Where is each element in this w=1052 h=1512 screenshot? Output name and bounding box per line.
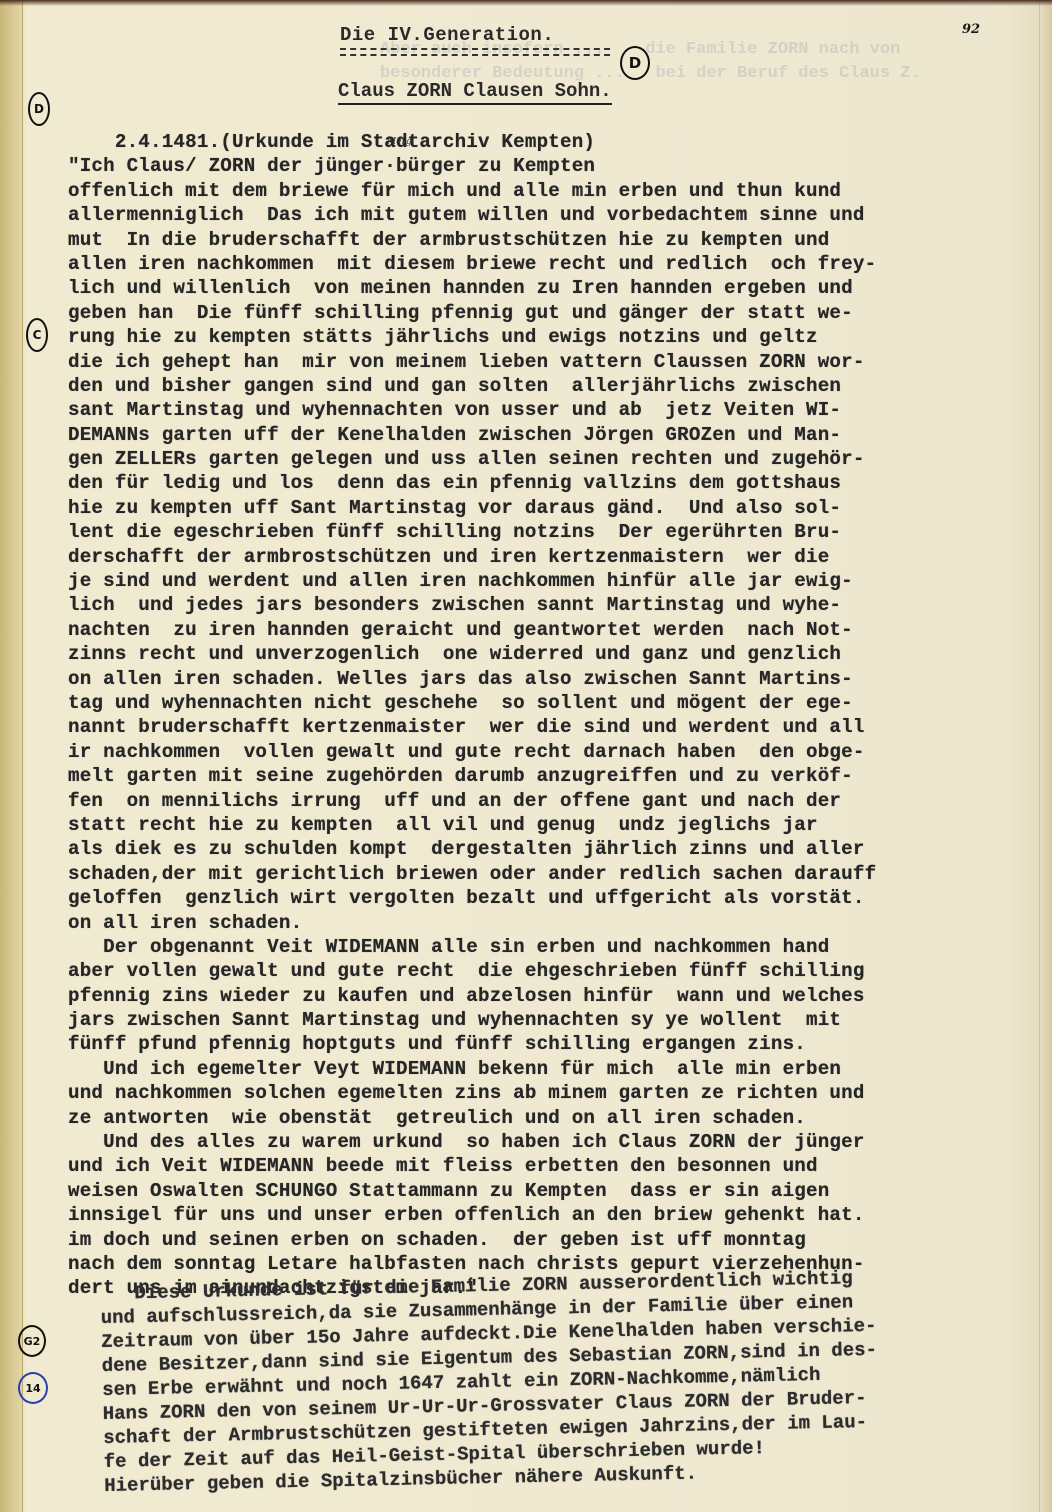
text-line: Und des alles zu warem urkund so haben i… (68, 1130, 1028, 1154)
text-line: Der obgenannt Veit WIDEMANN alle sin erb… (68, 935, 1028, 959)
text-line: 2.4.1481.(Urkunde im Stadtarchiv Kempten… (68, 130, 1028, 154)
text-line: fünff pfund pfennig hoptguts und fünff s… (68, 1032, 1028, 1056)
page-edge (1039, 0, 1052, 1512)
text-line: schaden,der mit gerichtlich briewen oder… (68, 862, 1028, 886)
binding-shadow (0, 0, 1052, 6)
text-line: rung hie zu kempten stätts jährlichs und… (68, 325, 1028, 349)
text-line: pfennig zins wieder zu kaufen und abzelo… (68, 984, 1028, 1008)
page-title: Die IV.Generation. (340, 24, 610, 56)
text-line: jars zwischen Sannt Martinstag und wyhen… (68, 1008, 1028, 1032)
text-line: im doch und seinen erben on schaden. der… (68, 1228, 1028, 1252)
text-line: on all iren schaden. (68, 911, 1028, 935)
section-subtitle: Claus ZORN Clausen Sohn. (338, 80, 612, 105)
text-line: und nachkommen solchen egemelten zins ab… (68, 1081, 1028, 1105)
text-line: offenlich mit dem briewe für mich und al… (68, 179, 1028, 203)
text-line: statt recht hie zu kempten all vil und g… (68, 813, 1028, 837)
page-number: 92 (962, 22, 980, 37)
commentary-paragraph: Diese Urkunde ist für die Familie ZORN a… (100, 1263, 1024, 1498)
text-line: on allen iren schaden. Welles jars das a… (68, 667, 1028, 691)
text-line: lich und willenlich von meinen hannden z… (68, 276, 1028, 300)
charter-transcript: 2.4.1481.(Urkunde im Stadtarchiv Kempten… (68, 130, 1028, 1301)
text-line: derschafft der armbrostschützen und iren… (68, 545, 1028, 569)
text-line: lich und jedes jars besonders zwischen s… (68, 593, 1028, 617)
title-double-underline (340, 48, 610, 56)
text-line: als diek es zu schulden kompt dergestalt… (68, 837, 1028, 861)
text-line: zinns recht und unverzogenlich one wider… (68, 642, 1028, 666)
text-line: "Ich Claus/ ZORN der jünger·bürger zu Ke… (68, 154, 1028, 178)
margin-mark-g2: G2 (18, 1325, 46, 1357)
text-line: lent die egeschrieben fünff schilling no… (68, 520, 1028, 544)
text-line: mut In die bruderschafft der armbrustsch… (68, 228, 1028, 252)
text-line: geben han Die fünff schilling pfennig gu… (68, 301, 1028, 325)
text-line: fen on mennilichs irrung uff und an der … (68, 789, 1028, 813)
text-line: nannt bruderschafft kertzenmaister wer d… (68, 715, 1028, 739)
text-line: weisen Oswalten SCHUNGO Stattammann zu K… (68, 1179, 1028, 1203)
circled-letter-mark: D (620, 46, 650, 80)
text-line: den für ledig und los denn das ein pfenn… (68, 471, 1028, 495)
text-line: DEMANNs garten uff der Kenelhalden zwisc… (68, 423, 1028, 447)
margin-mark-14: 14 (18, 1372, 48, 1404)
page-title-text: Die IV.Generation. (340, 24, 554, 46)
text-line: Und ich egemelter Veyt WIDEMANN bekenn f… (68, 1057, 1028, 1081)
text-line: allermenniglich Das ich mit gutem willen… (68, 203, 1028, 227)
text-line: tag und wyhennachten nicht geschehe so s… (68, 691, 1028, 715)
text-line: je sind und werdent und allen iren nachk… (68, 569, 1028, 593)
text-line: aber vollen gewalt und gute recht die eh… (68, 959, 1028, 983)
text-line: nachten zu iren hannden geraicht und gea… (68, 618, 1028, 642)
book-spine (0, 0, 23, 1512)
document-page: Aber auch insofern ... die Familie ZORN … (0, 0, 1052, 1512)
text-line: allen iren nachkommen mit diesem briewe … (68, 252, 1028, 276)
text-line: melt garten mit seine zugehörden darumb … (68, 764, 1028, 788)
text-line: ir nachkommen vollen gewalt und gute rec… (68, 740, 1028, 764)
margin-mark-c: C (26, 318, 48, 352)
text-line: ze antworten wie obenstät getreulich und… (68, 1106, 1028, 1130)
text-line: innsigel für uns und unser erben offenli… (68, 1203, 1028, 1227)
margin-mark-d: D (28, 92, 50, 126)
text-line: den und bisher gangen sind und gan solte… (68, 374, 1028, 398)
text-line: die ich gehept han mir von meinem lieben… (68, 350, 1028, 374)
text-line: geloffen genzlich wirt vergolten bezalt … (68, 886, 1028, 910)
text-line: sant Martinstag und wyhennachten von uss… (68, 398, 1028, 422)
text-line: gen ZELLERs garten gelegen und uss allen… (68, 447, 1028, 471)
text-line: hie zu kempten uff Sant Martinstag vor d… (68, 496, 1028, 520)
text-line: und ich Veit WIDEMANN beede mit fleiss e… (68, 1154, 1028, 1178)
